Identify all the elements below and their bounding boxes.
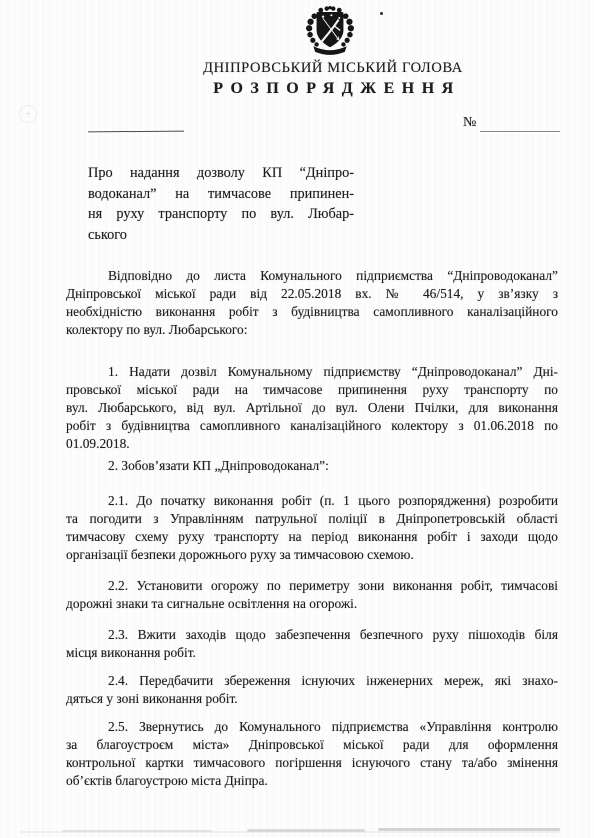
text-line: 2.5. Звернутись до Комунального підприєм… — [66, 718, 558, 736]
title-line: ня руху транспорту по вул. Любар- — [88, 204, 354, 225]
title-line: ського — [88, 225, 354, 246]
document-type-heading: РОЗПОРЯДЖЕННЯ — [40, 80, 594, 98]
text-line: 2.1. До початку виконання робіт (п. 1 ць… — [66, 492, 558, 510]
dnipro-coat-of-arms-icon — [302, 6, 358, 56]
document-title-block: Про надання дозволу КП “Дніпро- водокана… — [88, 163, 354, 245]
paragraph-item-2-1: 2.1. До початку виконання робіт (п. 1 ць… — [66, 492, 558, 564]
date-blank-line — [88, 131, 184, 133]
text-line: за благоустроєм міста» Дніпровської місь… — [66, 736, 558, 754]
scan-smudge-artifact — [62, 830, 212, 832]
title-line: Про надання дозволу КП “Дніпро- — [88, 163, 354, 184]
text-line: місця виконання робіт. — [66, 644, 558, 662]
title-line: водоканал” на тимчасове припинен- — [88, 184, 354, 205]
number-blank-line — [480, 131, 560, 132]
text-line: контрольної картки тимчасового погіршенн… — [66, 754, 558, 772]
scan-speck-artifact — [380, 12, 383, 15]
text-line: тимчасову схему руху транспорту на періо… — [66, 528, 558, 546]
paragraph-item-1: 1. Надати дозвіл Комунальному підприємст… — [66, 363, 558, 453]
text-line: робіт з будівництва самопливного каналіз… — [66, 417, 558, 435]
text-line: 2.3. Вжити заходів щодо забезпечення без… — [66, 626, 558, 644]
paragraph-item-2-2: 2.2. Установити огорожу по периметру зон… — [66, 577, 558, 613]
text-line: дорожні знаки та сигнальне освітлення на… — [66, 595, 558, 613]
text-line: Дніпровської міської ради від 22.05.2018… — [66, 285, 558, 303]
paragraph-item-2-3: 2.3. Вжити заходів щодо забезпечення без… — [66, 626, 558, 662]
number-sign-label: № — [463, 115, 476, 131]
text-line: організації безпеки дорожнього руху за т… — [66, 546, 558, 564]
text-line: вул. Любарського, від вул. Артільної до … — [66, 399, 558, 417]
text-line: дяться у зоні виконання робіт. — [66, 690, 558, 708]
text-line: 2. Зобов’язати КП „Дніпроводоканал”: — [66, 457, 558, 475]
text-line: об’єктів благоустрою міста Дніпра. — [66, 772, 558, 790]
text-line: колектору по вул. Любарського: — [66, 321, 558, 339]
text-line: 1. Надати дозвіл Комунальному підприємст… — [66, 363, 558, 381]
paragraph-item-2-4: 2.4. Передбачити збереження існуючих інж… — [66, 672, 558, 708]
text-line: Відповідно до листа Комунального підприє… — [66, 267, 558, 285]
text-line: 2.4. Передбачити збереження існуючих інж… — [66, 672, 558, 690]
scanned-document-page: ДНІПРОВСЬКИЙ МІСЬКИЙ ГОЛОВА РОЗПОРЯДЖЕНН… — [0, 0, 594, 838]
text-line: 01.09.2018. — [66, 435, 558, 453]
text-line: та погодити з Управлінням патрульної пол… — [66, 510, 558, 528]
scan-circle-artifact: + — [19, 105, 37, 123]
scan-smudge-artifact — [378, 828, 560, 831]
text-line: необхідністю виконання робіт з будівницт… — [66, 303, 558, 321]
paragraph-item-2-5: 2.5. Звернутись до Комунального підприєм… — [66, 718, 558, 790]
scan-smudge-artifact — [247, 829, 365, 832]
issuing-authority-title: ДНІПРОВСЬКИЙ МІСЬКИЙ ГОЛОВА — [36, 60, 594, 77]
paragraph-intro: Відповідно до листа Комунального підприє… — [66, 267, 558, 339]
paragraph-item-2: 2. Зобов’язати КП „Дніпроводоканал”: — [66, 457, 558, 475]
text-line: 2.2. Установити огорожу по периметру зон… — [66, 577, 558, 595]
text-line: провської міської ради на тимчасове прип… — [66, 381, 558, 399]
